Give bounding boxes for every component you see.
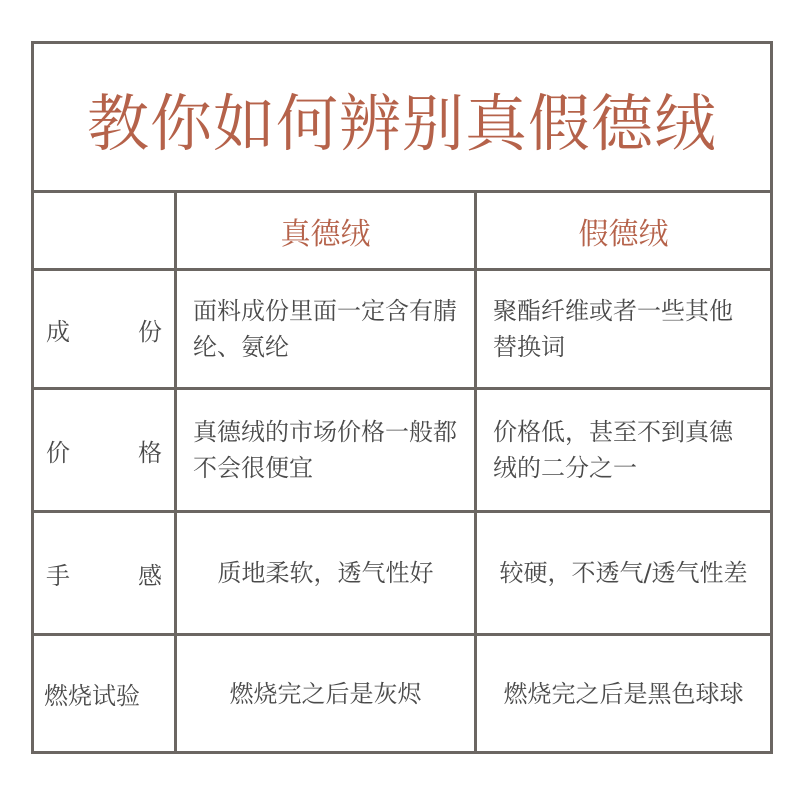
header-row: 真德绒 假德绒	[34, 190, 770, 268]
fake-cell: 聚酯纤维或者一些其他替换词	[474, 271, 770, 387]
table-row-composition: 成 份 面料成份里面一定含有腈纶、氨纶 聚酯纤维或者一些其他替换词	[34, 268, 770, 387]
real-text: 真德绒的市场价格一般都不会很便宜	[177, 414, 474, 486]
row-label-cell: 价 格	[34, 390, 174, 510]
real-cell: 燃烧完之后是灰烬	[174, 636, 474, 751]
row-label-cell: 燃烧试验	[34, 636, 174, 751]
fake-text: 燃烧完之后是黑色球球	[477, 676, 770, 712]
comparison-table: 教你如何辨别真假德绒 真德绒 假德绒 成 份 面料成份里面一定含有腈纶、氨纶 聚…	[31, 41, 773, 754]
table-row-feel: 手 感 质地柔软，透气性好 较硬，不透气/透气性差	[34, 510, 770, 633]
fake-cell: 较硬，不透气/透气性差	[474, 513, 770, 633]
row-label-part: 感	[138, 556, 162, 591]
fake-text: 价格低，甚至不到真德绒的二分之一	[477, 414, 770, 486]
table-row-price: 价 格 真德绒的市场价格一般都不会很便宜 价格低，甚至不到真德绒的二分之一	[34, 387, 770, 510]
fake-cell: 价格低，甚至不到真德绒的二分之一	[474, 390, 770, 510]
header-fake: 假德绒	[477, 209, 770, 253]
table-row-burn-test: 燃烧试验 燃烧完之后是灰烬 燃烧完之后是黑色球球	[34, 633, 770, 751]
header-fake-cell: 假德绒	[474, 193, 770, 268]
real-cell: 真德绒的市场价格一般都不会很便宜	[174, 390, 474, 510]
row-label-part: 格	[138, 433, 162, 468]
row-label-part: 手	[46, 556, 70, 591]
row-label-part: 成	[46, 312, 70, 347]
fake-text: 较硬，不透气/透气性差	[477, 555, 770, 591]
row-label: 价 格	[34, 433, 174, 468]
row-label: 手 感	[34, 556, 174, 591]
row-label-cell: 成 份	[34, 271, 174, 387]
header-real-cell: 真德绒	[174, 193, 474, 268]
real-text: 燃烧完之后是灰烬	[177, 676, 474, 712]
real-cell: 面料成份里面一定含有腈纶、氨纶	[174, 271, 474, 387]
fake-cell: 燃烧完之后是黑色球球	[474, 636, 770, 751]
real-text: 面料成份里面一定含有腈纶、氨纶	[177, 293, 474, 365]
row-label-part: 份	[138, 312, 162, 347]
header-real: 真德绒	[177, 209, 474, 253]
title-row: 教你如何辨别真假德绒	[34, 44, 770, 193]
row-label-part: 价	[46, 433, 70, 468]
page-title: 教你如何辨别真假德绒	[87, 74, 717, 163]
header-empty-cell	[34, 193, 174, 268]
fake-text: 聚酯纤维或者一些其他替换词	[477, 293, 770, 365]
row-label: 成 份	[34, 312, 174, 347]
row-label-cell: 手 感	[34, 513, 174, 633]
real-text: 质地柔软，透气性好	[177, 555, 474, 591]
real-cell: 质地柔软，透气性好	[174, 513, 474, 633]
row-label: 燃烧试验	[34, 676, 174, 711]
